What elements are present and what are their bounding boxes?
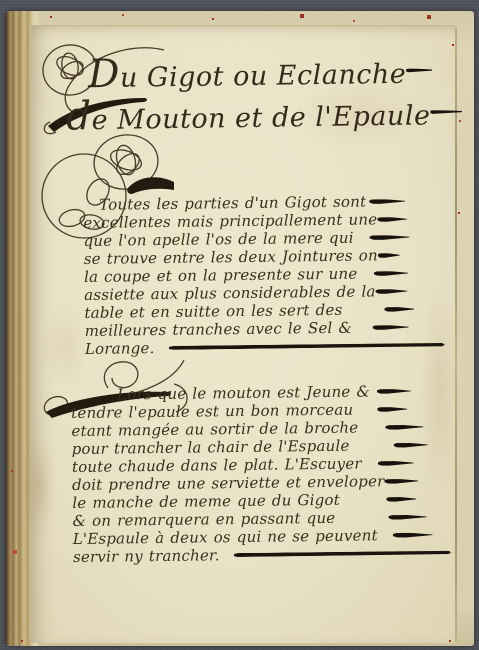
paragraph-2: Lors que le mouton est Jeune & tendre l'…	[71, 382, 409, 566]
line-filler-stroke	[374, 271, 408, 276]
line-filler-stroke	[377, 217, 407, 222]
line-filler-stroke	[369, 199, 405, 204]
line-text: servir ny trancher.	[73, 546, 220, 566]
line-text: meilleures tranches avec le Sel &	[85, 319, 353, 340]
line-filler-stroke	[370, 234, 410, 239]
line-filler-stroke	[376, 289, 408, 294]
line-text: L'Espaule à deux os qui ne se peuvent	[73, 526, 378, 548]
line-filler-stroke	[373, 325, 409, 330]
line-filler-stroke	[377, 406, 407, 411]
page-edge-crease	[455, 28, 457, 642]
manuscript-photo: Du Gigot ou Eclanche de Mouton et de l'E…	[0, 0, 479, 650]
red-edge-speckles	[0, 0, 2, 2]
paragraph-1: Toutes les parties d'un Gigot sont excel…	[83, 192, 407, 358]
end-of-paragraph-rule	[168, 343, 444, 350]
line-filler-stroke	[378, 253, 400, 258]
line-filler-stroke	[377, 388, 411, 393]
